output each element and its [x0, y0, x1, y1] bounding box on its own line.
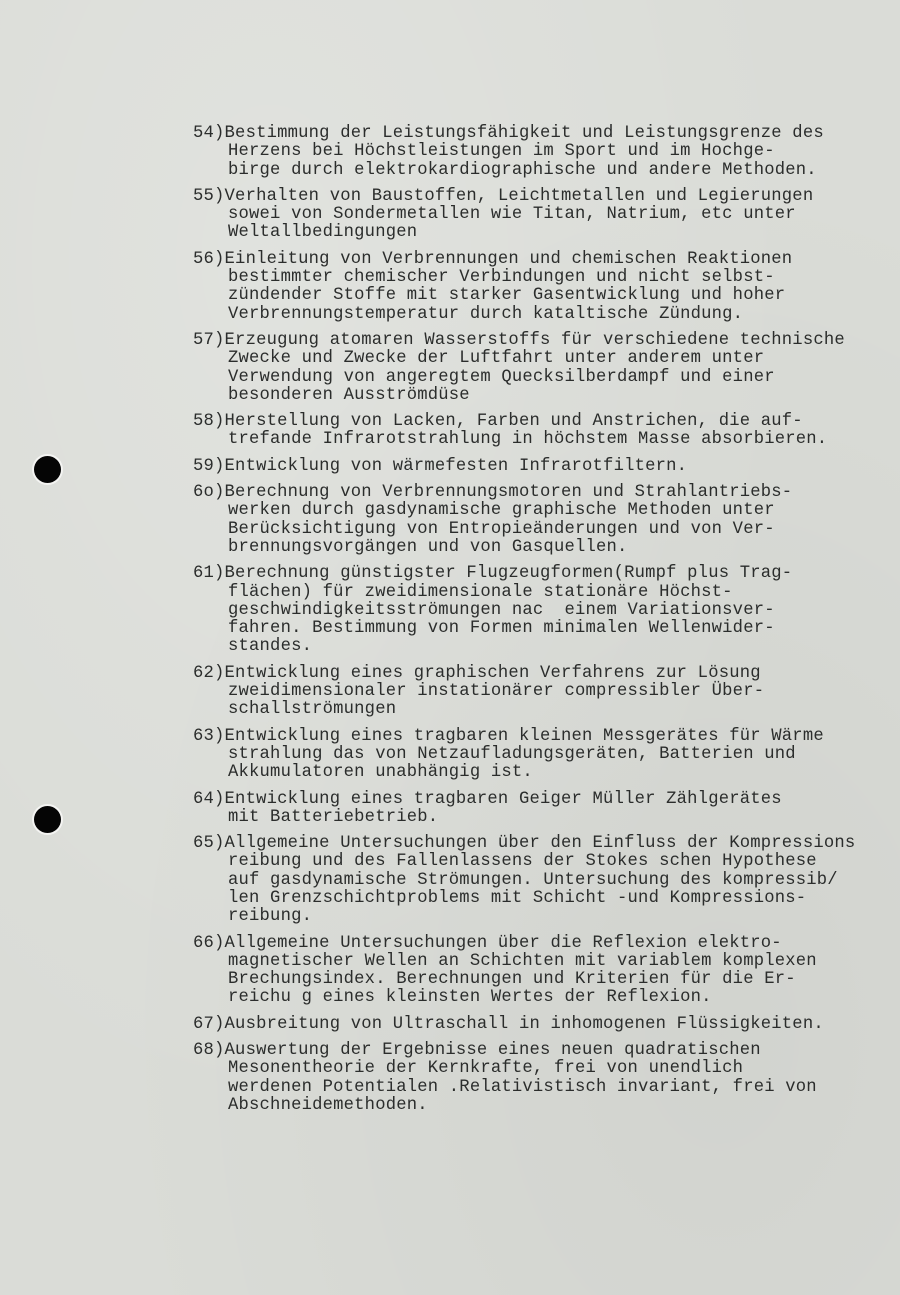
- item-continuation-line: Abschneidemethoden.: [228, 1097, 900, 1115]
- item-continuation-line: reibung und des Fallenlassens der Stokes…: [228, 853, 900, 871]
- item-line-text: Allgemeine Untersuchungen über den Einfl…: [225, 834, 856, 853]
- item-number: 56): [193, 250, 225, 269]
- list-item: 54)Bestimmung der Leistungsfähigkeit und…: [193, 125, 900, 180]
- item-number: 59): [193, 457, 225, 476]
- item-line-text: Entwicklung eines tragbaren Geiger Mülle…: [225, 790, 782, 809]
- item-continuation-line: Weltallbedingungen: [228, 224, 900, 242]
- list-item: 65)Allgemeine Untersuchungen über den Ei…: [193, 835, 900, 926]
- item-continuation-line: werken durch gasdynamische graphische Me…: [228, 502, 900, 520]
- list-item-text: 66)Allgemeine Untersuchungen über die Re…: [193, 935, 900, 1008]
- item-first-line: 64)Entwicklung eines tragbaren Geiger Mü…: [193, 791, 900, 809]
- item-first-line: 54)Bestimmung der Leistungsfähigkeit und…: [193, 125, 900, 143]
- item-number: 57): [193, 331, 225, 350]
- list-item: 55)Verhalten von Baustoffen, Leichtmetal…: [193, 188, 900, 243]
- item-continuation-line: flächen) für zweidimensionale stationäre…: [228, 584, 900, 602]
- list-item: 57)Erzeugung atomaren Wasserstoffs für v…: [193, 332, 900, 405]
- item-first-line: 67)Ausbreitung von Ultraschall in inhomo…: [193, 1016, 900, 1034]
- list-item: 6o)Berechnung von Verbrennungsmotoren un…: [193, 484, 900, 557]
- list-item-text: 57)Erzeugung atomaren Wasserstoffs für v…: [193, 332, 900, 405]
- punch-hole-top: [34, 456, 61, 483]
- list-item-text: 63)Entwicklung eines tragbaren kleinen M…: [193, 728, 900, 783]
- item-first-line: 56)Einleitung von Verbrennungen und chem…: [193, 251, 900, 269]
- item-line-text: Herstellung von Lacken, Farben und Anstr…: [225, 412, 803, 431]
- list-item-text: 62)Entwicklung eines graphischen Verfahr…: [193, 665, 900, 720]
- item-continuation-line: trefande Infrarotstrahlung in höchstem M…: [228, 431, 900, 449]
- list-item: 61)Berechnung günstigster Flugzeugformen…: [193, 565, 900, 656]
- item-first-line: 68)Auswertung der Ergebnisse eines neuen…: [193, 1042, 900, 1060]
- list-item-text: 58)Herstellung von Lacken, Farben und An…: [193, 413, 900, 450]
- item-continuation-line: strahlung das von Netzaufladungsgeräten,…: [228, 746, 900, 764]
- item-continuation-line: besonderen Ausströmdüse: [228, 387, 900, 405]
- item-continuation-line: magnetischer Wellen an Schichten mit var…: [228, 953, 900, 971]
- item-continuation-line: mit Batteriebetrieb.: [228, 809, 900, 827]
- item-continuation-line: standes.: [228, 638, 900, 656]
- item-number: 63): [193, 727, 225, 746]
- item-continuation-line: zündender Stoffe mit starker Gasentwickl…: [228, 287, 900, 305]
- list-item: 68)Auswertung der Ergebnisse eines neuen…: [193, 1042, 900, 1115]
- item-line-text: Einleitung von Verbrennungen und chemisc…: [225, 250, 793, 269]
- item-number: 58): [193, 412, 225, 431]
- item-number: 6o): [193, 483, 225, 502]
- list-item-text: 6o)Berechnung von Verbrennungsmotoren un…: [193, 484, 900, 557]
- numbered-research-topic-list: 54)Bestimmung der Leistungsfähigkeit und…: [193, 125, 900, 1123]
- item-continuation-line: Akkumulatoren unabhängig ist.: [228, 764, 900, 782]
- list-item: 56)Einleitung von Verbrennungen und chem…: [193, 251, 900, 324]
- item-number: 54): [193, 124, 225, 143]
- item-first-line: 58)Herstellung von Lacken, Farben und An…: [193, 413, 900, 431]
- item-continuation-line: Mesonentheorie der Kernkrafte, frei von …: [228, 1060, 900, 1078]
- list-item-text: 68)Auswertung der Ergebnisse eines neuen…: [193, 1042, 900, 1115]
- item-first-line: 66)Allgemeine Untersuchungen über die Re…: [193, 935, 900, 953]
- list-item: 58)Herstellung von Lacken, Farben und An…: [193, 413, 900, 450]
- item-number: 66): [193, 934, 225, 953]
- item-line-text: Allgemeine Untersuchungen über die Refle…: [225, 934, 782, 953]
- punch-hole-bottom: [34, 806, 61, 833]
- typewritten-page: 54)Bestimmung der Leistungsfähigkeit und…: [0, 0, 900, 1295]
- item-line-text: Berechnung günstigster Flugzeugformen(Ru…: [225, 564, 793, 583]
- item-first-line: 65)Allgemeine Untersuchungen über den Ei…: [193, 835, 900, 853]
- item-first-line: 63)Entwicklung eines tragbaren kleinen M…: [193, 728, 900, 746]
- item-first-line: 59)Entwicklung von wärmefesten Infrarotf…: [193, 458, 900, 476]
- item-line-text: Entwicklung eines graphischen Verfahrens…: [225, 664, 761, 683]
- item-continuation-line: geschwindigkeitsströmungen nac einem Var…: [228, 602, 900, 620]
- item-continuation-line: werdenen Potentialen .Relativistisch inv…: [228, 1079, 900, 1097]
- item-continuation-line: Verwendung von angeregtem Quecksilberdam…: [228, 369, 900, 387]
- item-continuation-line: schallströmungen: [228, 701, 900, 719]
- item-line-text: Entwicklung von wärmefesten Infrarotfilt…: [225, 457, 688, 476]
- list-item-text: 61)Berechnung günstigster Flugzeugformen…: [193, 565, 900, 656]
- list-item-text: 65)Allgemeine Untersuchungen über den Ei…: [193, 835, 900, 926]
- item-first-line: 62)Entwicklung eines graphischen Verfahr…: [193, 665, 900, 683]
- item-line-text: Verhalten von Baustoffen, Leichtmetallen…: [225, 187, 814, 206]
- item-line-text: Auswertung der Ergebnisse eines neuen qu…: [225, 1041, 761, 1060]
- list-item: 62)Entwicklung eines graphischen Verfahr…: [193, 665, 900, 720]
- list-item: 64)Entwicklung eines tragbaren Geiger Mü…: [193, 791, 900, 828]
- item-continuation-line: Herzens bei Höchstleistungen im Sport un…: [228, 143, 900, 161]
- item-number: 62): [193, 664, 225, 683]
- item-number: 67): [193, 1015, 225, 1034]
- item-first-line: 55)Verhalten von Baustoffen, Leichtmetal…: [193, 188, 900, 206]
- item-first-line: 57)Erzeugung atomaren Wasserstoffs für v…: [193, 332, 900, 350]
- item-number: 55): [193, 187, 225, 206]
- list-item: 63)Entwicklung eines tragbaren kleinen M…: [193, 728, 900, 783]
- item-continuation-line: reibung.: [228, 908, 900, 926]
- list-item-text: 54)Bestimmung der Leistungsfähigkeit und…: [193, 125, 900, 180]
- item-number: 61): [193, 564, 225, 583]
- item-continuation-line: Brechungsindex. Berechnungen und Kriteri…: [228, 971, 900, 989]
- item-number: 64): [193, 790, 225, 809]
- item-continuation-line: len Grenzschichtproblems mit Schicht -un…: [228, 890, 900, 908]
- list-item-text: 64)Entwicklung eines tragbaren Geiger Mü…: [193, 791, 900, 828]
- item-continuation-line: birge durch elektrokardiographische und …: [228, 162, 900, 180]
- item-continuation-line: Verbrennungstemperatur durch kataltische…: [228, 306, 900, 324]
- item-first-line: 61)Berechnung günstigster Flugzeugformen…: [193, 565, 900, 583]
- item-continuation-line: reichu g eines kleinsten Wertes der Refl…: [228, 989, 900, 1007]
- item-continuation-line: Zwecke und Zwecke der Luftfahrt unter an…: [228, 350, 900, 368]
- item-continuation-line: zweidimensionaler instationärer compress…: [228, 683, 900, 701]
- list-item: 67)Ausbreitung von Ultraschall in inhomo…: [193, 1016, 900, 1034]
- item-line-text: Erzeugung atomaren Wasserstoffs für vers…: [225, 331, 845, 350]
- item-continuation-line: sowei von Sondermetallen wie Titan, Natr…: [228, 206, 900, 224]
- item-continuation-line: auf gasdynamische Strömungen. Untersuchu…: [228, 872, 900, 890]
- list-item: 66)Allgemeine Untersuchungen über die Re…: [193, 935, 900, 1008]
- item-continuation-line: Berücksichtigung von Entropieänderungen …: [228, 521, 900, 539]
- item-continuation-line: fahren. Bestimmung von Formen minimalen …: [228, 620, 900, 638]
- list-item-text: 67)Ausbreitung von Ultraschall in inhomo…: [193, 1016, 900, 1034]
- list-item-text: 59)Entwicklung von wärmefesten Infrarotf…: [193, 458, 900, 476]
- item-number: 65): [193, 834, 225, 853]
- item-continuation-line: bestimmter chemischer Verbindungen und n…: [228, 269, 900, 287]
- list-item-text: 56)Einleitung von Verbrennungen und chem…: [193, 251, 900, 324]
- item-line-text: Berechnung von Verbrennungsmotoren und S…: [225, 483, 793, 502]
- item-number: 68): [193, 1041, 225, 1060]
- item-line-text: Entwicklung eines tragbaren kleinen Mess…: [225, 727, 824, 746]
- list-item-text: 55)Verhalten von Baustoffen, Leichtmetal…: [193, 188, 900, 243]
- list-item: 59)Entwicklung von wärmefesten Infrarotf…: [193, 458, 900, 476]
- item-first-line: 6o)Berechnung von Verbrennungsmotoren un…: [193, 484, 900, 502]
- item-line-text: Bestimmung der Leistungsfähigkeit und Le…: [225, 124, 824, 143]
- item-continuation-line: brennungsvorgängen und von Gasquellen.: [228, 539, 900, 557]
- item-line-text: Ausbreitung von Ultraschall in inhomogen…: [225, 1015, 824, 1034]
